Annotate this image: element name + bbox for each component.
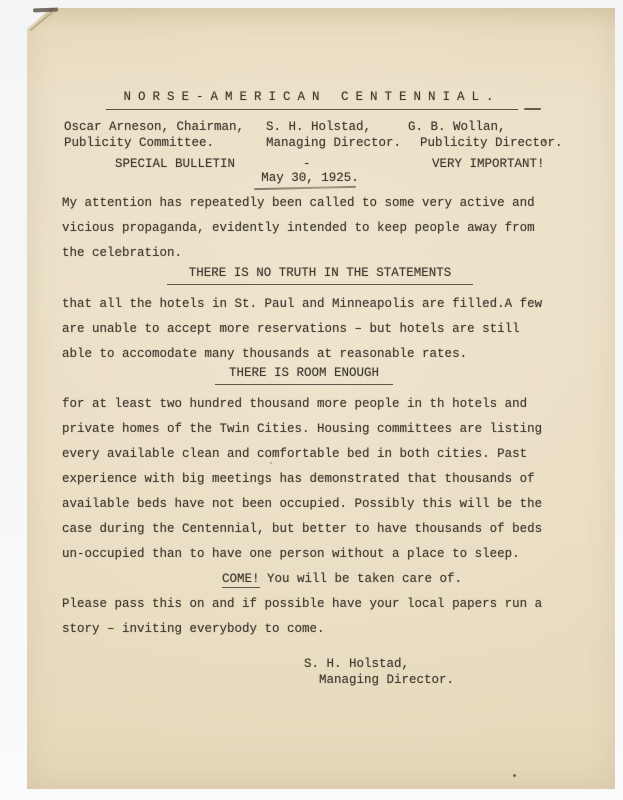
special-bulletin-label: SPECIAL BULLETIN — [115, 157, 235, 172]
come-rest: You will be taken care of. — [260, 572, 463, 586]
body-line: story – inviting everybody to come. — [62, 622, 325, 637]
person-role-chairman: Publicity Committee. — [64, 136, 214, 151]
body-line: are unable to accept more reservations –… — [62, 322, 520, 337]
title-underline-dash — [524, 108, 541, 110]
very-important-label: VERY IMPORTANT! — [432, 157, 545, 172]
body-line: every available clean and comfortable be… — [62, 447, 527, 462]
paper-speck — [513, 774, 516, 777]
person-name-chairman: Oscar Arneson, Chairman, — [64, 120, 244, 135]
person-role-holstad: Managing Director. — [266, 136, 401, 151]
body-line: that all the hotels in St. Paul and Minn… — [62, 297, 542, 312]
body-line: un-occupied than to have one person with… — [62, 547, 520, 562]
body-line: Please pass this on and if possible have… — [62, 597, 542, 612]
come-line: COME! You will be taken care of. — [222, 572, 462, 587]
person-name-wollan: G. B. Wollan, — [408, 120, 506, 135]
body-line: private homes of the Twin Cities. Housin… — [62, 422, 542, 437]
signature-title: Managing Director. — [319, 673, 454, 688]
body-line: for at least two hundred thousand more p… — [62, 397, 527, 412]
come-word: COME! — [222, 572, 260, 588]
section-heading-room-enough: THERE IS ROOM ENOUGH — [215, 366, 393, 385]
body-line: the celebration. — [62, 246, 182, 261]
body-line: available beds have not been occupied. P… — [62, 497, 542, 512]
date-line: May 30, 1925. — [254, 171, 366, 186]
person-role-wollan: Publicity Director. — [420, 136, 563, 151]
body-line: vicious propaganda, evidently intended t… — [62, 221, 535, 236]
section-heading-no-truth: THERE IS NO TRUTH IN THE STATEMENTS — [167, 266, 473, 285]
bulletin-separator: - — [303, 157, 311, 172]
signature-name: S. H. Holstad, — [304, 657, 409, 672]
document-title: NORSE-AMERICAN CENTENNIAL. — [106, 90, 518, 110]
body-line: able to accomodate many thousands at rea… — [62, 347, 467, 362]
body-line: case during the Centennial, but better t… — [62, 522, 542, 537]
person-name-holstad: S. H. Holstad, — [266, 120, 371, 135]
body-line: My attention has repeatedly been called … — [62, 196, 535, 211]
body-line: experience with big meetings has demonst… — [62, 472, 535, 487]
scanned-document-page: NORSE-AMERICAN CENTENNIAL. Oscar Arneson… — [0, 0, 623, 800]
paper-speck — [270, 462, 272, 464]
paper-speck — [543, 140, 546, 143]
